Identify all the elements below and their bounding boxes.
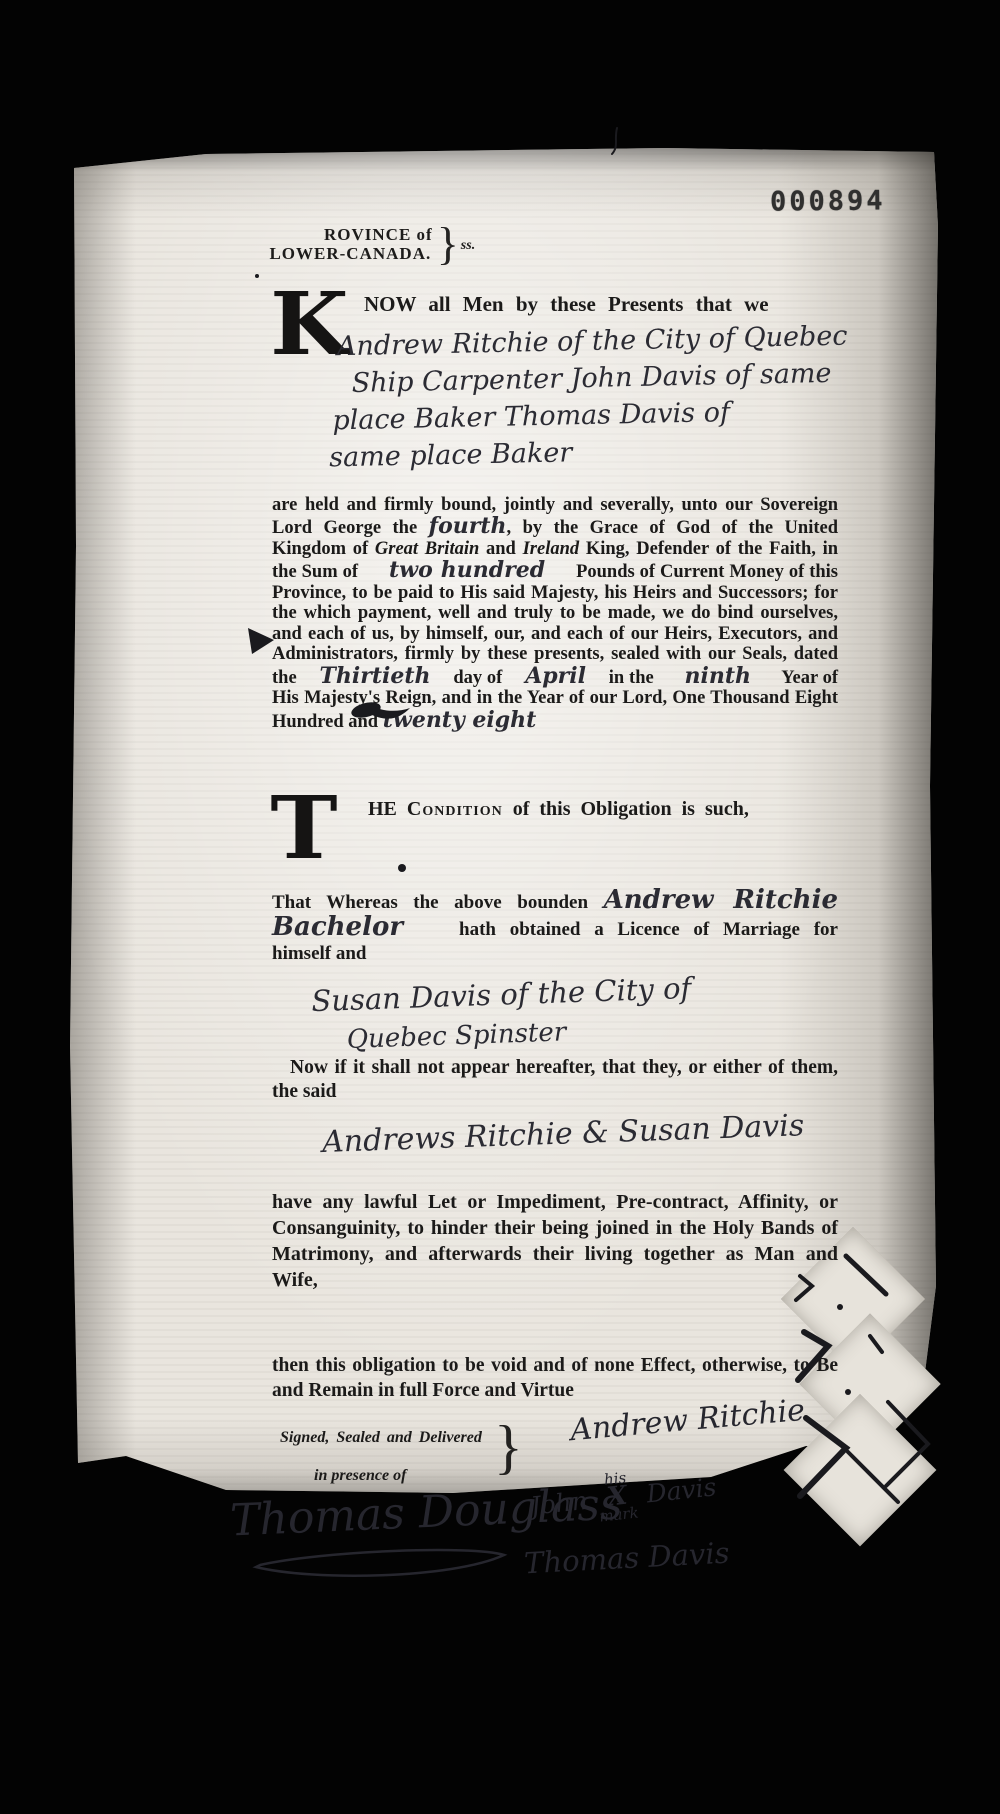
hw-couple-names: Andrews Ritchie & Susan Davis	[322, 1107, 839, 1160]
province-header: ROVINCE of LOWER-CANADA. } ss.	[268, 224, 475, 264]
hw-regnal-number: fourth	[429, 513, 507, 539]
condition-word: Condition	[407, 798, 503, 820]
handwritten-bride: Susan Davis of the City of Quebec Spinst…	[311, 963, 839, 1061]
province-title: ROVINCE of LOWER-CANADA.	[268, 225, 433, 263]
brace-glyph: }	[437, 224, 459, 264]
signature-party2: John his X mark Davis	[528, 1461, 719, 1530]
bond-text: day of	[453, 668, 502, 688]
bond-text-italic: Ireland	[523, 539, 580, 559]
province-line2: LOWER-CANADA.	[268, 244, 433, 263]
bond-text: in the	[609, 668, 654, 688]
impediment-clause: have any lawful Let or Impediment, Pre-c…	[272, 1189, 838, 1293]
opening-text: NOW all Men by these Presents that we	[364, 284, 838, 315]
province-line1: ROVINCE of	[268, 225, 433, 244]
attestation-line1: Signed, Sealed and Delivered	[280, 1429, 482, 1447]
condition-he: HE	[368, 798, 397, 820]
void-clause: then this obligation to be void and of n…	[272, 1353, 838, 1403]
party2-last: Davis	[645, 1472, 718, 1508]
attestation-line2: in presence of	[314, 1467, 406, 1485]
opening-clause: K NOW all Men by these Presents that we …	[272, 284, 838, 471]
dropcap-t: T	[270, 794, 337, 864]
party2-first: John	[529, 1485, 589, 1520]
signature-party3: Thomas Davis	[523, 1536, 730, 1581]
hw-groom-name: Andrew Ritchie	[604, 885, 838, 915]
bond-paragraph: are held and firmly bound, jointly and s…	[272, 495, 838, 733]
condition-text: HE Condition of this Obligation is such,	[368, 788, 838, 821]
condition-heading: T HE Condition of this Obligation is suc…	[272, 788, 838, 854]
signature-flourish	[242, 1541, 542, 1581]
handwritten-obligors: Andrew Ritchie of the City of Quebec Shi…	[337, 317, 840, 475]
ss-abbreviation: ss.	[461, 238, 475, 254]
x-mark-stack: his X mark	[595, 1470, 639, 1524]
hw-sum: two hundred	[363, 557, 571, 583]
bond-text: and	[486, 539, 516, 559]
signature-block: Signed, Sealed and Delivered } in presen…	[272, 1421, 838, 1621]
hw-month: April	[507, 663, 604, 689]
whereas-text: That Whereas the above bounden	[272, 892, 588, 913]
party2-mark: mark	[599, 1506, 640, 1524]
hw-groom-status: Bachelor	[272, 915, 403, 939]
stamp-number: 000894	[770, 185, 886, 217]
brace-glyph: }	[494, 1413, 523, 1482]
condition-rest: of this Obligation is such,	[513, 798, 749, 820]
hw-day: Thirtieth	[302, 663, 449, 689]
hw-year: twenty eight	[383, 707, 537, 733]
hw-regnal-year: ninth	[659, 663, 778, 689]
bond-text-italic: Great Britain	[375, 539, 479, 559]
whereas-clause: That Whereas the above bounden Andrew Ri…	[272, 888, 838, 966]
now-clause: Now if it shall not appear hereafter, th…	[272, 1056, 838, 1104]
scan-background: { "stamp_number": "000894", "header": { …	[0, 0, 1000, 1814]
document-body: K NOW all Men by these Presents that we …	[272, 284, 838, 1621]
